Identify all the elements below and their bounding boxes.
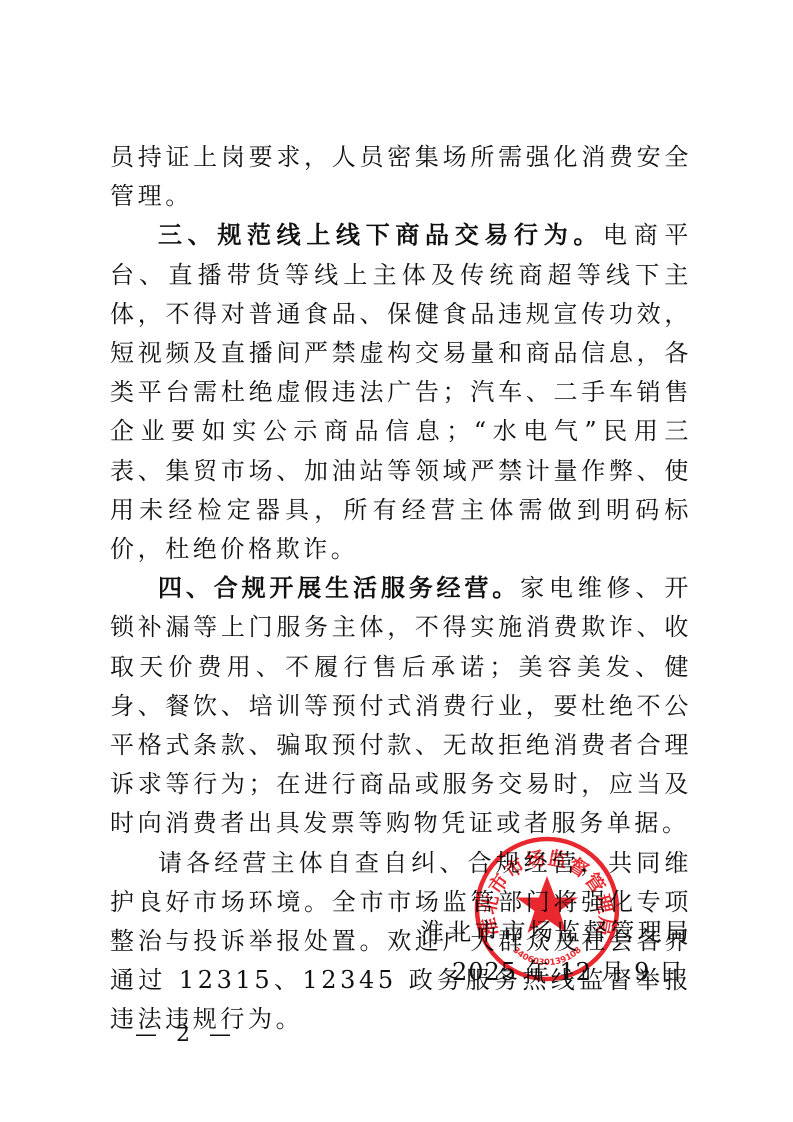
section-heading: 四、合规开展生活服务经营。 <box>158 574 520 602</box>
official-seal-icon: 淮北市市场监督管理局 3406030139108 <box>472 834 622 984</box>
paragraph-text: 家电维修、开锁补漏等上门服务主体，不得实施消费欺诈、收取天价费用、不履行售后承诺… <box>110 574 692 837</box>
paragraph-text: 电商平台、直播带货等线上主体及传统商超等线下主体，不得对普通食品、保健食品违规宣… <box>110 221 692 563</box>
paragraph-text: 员持证上岗要求，人员密集场所需强化消费安全管理。 <box>110 143 692 210</box>
svg-text:3406030139108: 3406030139108 <box>510 945 583 968</box>
star-icon <box>516 876 578 933</box>
paragraph-continuation: 员持证上岗要求，人员密集场所需强化消费安全管理。 <box>110 138 692 216</box>
paragraph-section-3: 三、规范线上线下商品交易行为。电商平台、直播带货等线上主体及传统商超等线下主体，… <box>110 216 692 569</box>
document-page: 员持证上岗要求，人员密集场所需强化消费安全管理。 三、规范线上线下商品交易行为。… <box>0 0 793 1122</box>
paragraph-section-4: 四、合规开展生活服务经营。家电维修、开锁补漏等上门服务主体，不得实施消费欺诈、收… <box>110 569 692 843</box>
page-number: — 2 — <box>135 1022 237 1047</box>
section-heading: 三、规范线上线下商品交易行为。 <box>158 221 603 249</box>
